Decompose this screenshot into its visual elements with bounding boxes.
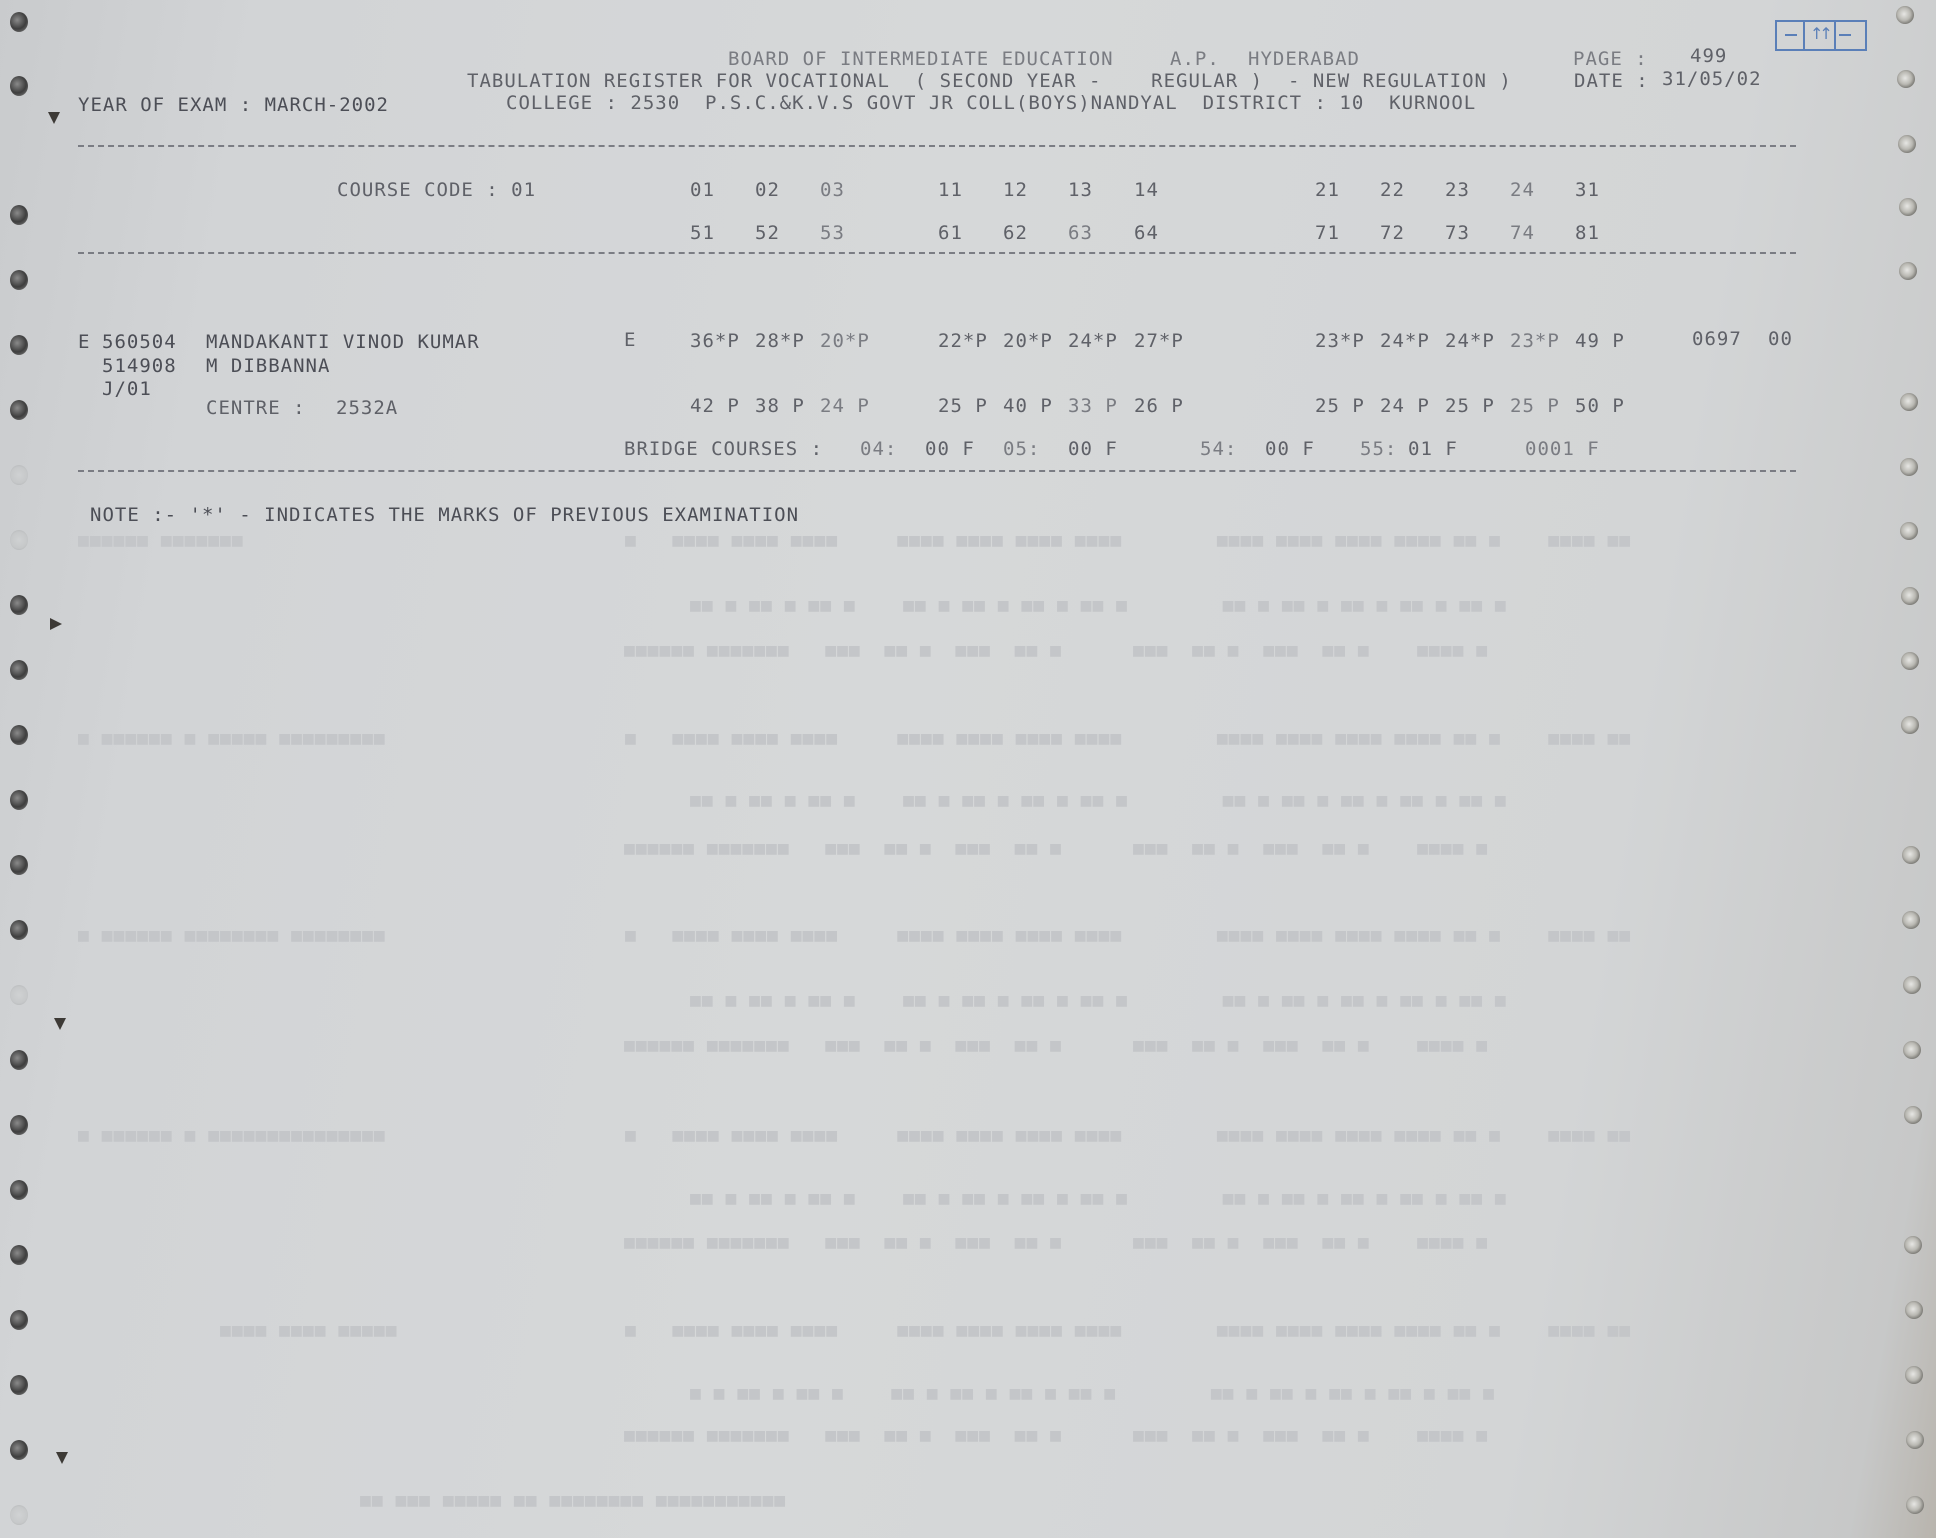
mark-cell: 25 P — [1445, 397, 1495, 416]
sprocket-hole — [1900, 458, 1918, 476]
stamp-divider — [1803, 22, 1805, 49]
bridge-course-code: 04: — [860, 440, 897, 459]
sprocket-hole — [1906, 1496, 1924, 1514]
sprocket-hole — [1901, 652, 1919, 670]
footnote: NOTE :- '*' - INDICATES THE MARKS OF PRE… — [90, 506, 799, 525]
sprocket-hole — [1897, 70, 1915, 88]
sprocket-hole — [1904, 1106, 1922, 1124]
sprocket-hole — [1905, 1366, 1923, 1384]
centre-code: 2532A — [336, 399, 398, 418]
sprocket-hole — [10, 205, 28, 225]
sprocket-hole — [1896, 6, 1914, 24]
candidate-category: E — [78, 333, 90, 352]
sprocket-hole — [10, 12, 28, 32]
sprocket-hole — [10, 1440, 28, 1460]
bridge-course-mark: 01 F — [1408, 440, 1458, 459]
mark-cell: 20*P — [1003, 332, 1053, 351]
student-name: MANDAKANTI VINOD KUMAR — [206, 333, 480, 352]
subject-code: 71 — [1315, 224, 1340, 243]
tabulation-register-page: ↑↑ BOARD OF INTERMEDIATE EDUCATION A.P. … — [0, 0, 1936, 1538]
subject-code: 13 — [1068, 181, 1093, 200]
bridge-course-mark: 00 F — [1068, 440, 1118, 459]
centre-label: CENTRE : — [206, 399, 306, 418]
paper-tear-mark — [56, 1452, 68, 1464]
subject-code: 21 — [1315, 181, 1340, 200]
bridge-courses-total: 0001 F — [1525, 440, 1600, 459]
subject-code: 01 — [690, 181, 715, 200]
board-name: BOARD OF INTERMEDIATE EDUCATION — [728, 50, 1114, 69]
stamp-divider — [1834, 22, 1836, 49]
subject-code: 53 — [820, 224, 845, 243]
sprocket-hole — [1905, 1301, 1923, 1319]
subject-code: 61 — [938, 224, 963, 243]
mark-cell: 24 P — [820, 397, 870, 416]
sprocket-hole — [1899, 262, 1917, 280]
course-code-label: COURSE CODE : 01 — [337, 181, 536, 200]
subject-code: 24 — [1510, 181, 1535, 200]
sprocket-hole — [1902, 846, 1920, 864]
sprocket-hole — [10, 270, 28, 290]
total-marks: 0697 — [1692, 330, 1742, 349]
subject-code: 52 — [755, 224, 780, 243]
sprocket-hole — [10, 1375, 28, 1395]
up-arrows-icon: ↑↑ — [1810, 26, 1829, 42]
page-label: PAGE : — [1573, 50, 1648, 69]
subject-code: 73 — [1445, 224, 1470, 243]
sprocket-hole — [10, 595, 28, 615]
sprocket-hole — [1898, 135, 1916, 153]
state-label: A.P. — [1170, 50, 1220, 69]
sprocket-hole — [10, 1180, 28, 1200]
subject-code: 72 — [1380, 224, 1405, 243]
medium: E — [624, 331, 636, 350]
subject-code: 64 — [1134, 224, 1159, 243]
bridge-course-code: 05: — [1003, 440, 1040, 459]
dashed-separator — [78, 252, 1796, 254]
sprocket-hole — [10, 1245, 28, 1265]
sprocket-hole — [10, 660, 28, 680]
sprocket-hole — [1900, 393, 1918, 411]
subject-code: 22 — [1380, 181, 1405, 200]
mark-cell: 28*P — [755, 332, 805, 351]
mark-cell: 33 P — [1068, 397, 1118, 416]
mark-cell: 25 P — [1510, 397, 1560, 416]
sprocket-hole — [10, 1115, 28, 1135]
paper-tear-mark — [48, 112, 60, 124]
sprocket-hole — [10, 1505, 28, 1525]
sprocket-hole — [10, 76, 28, 96]
registration-number: 514908 — [102, 357, 177, 376]
mark-cell: 24*P — [1445, 332, 1495, 351]
sprocket-hole — [10, 790, 28, 810]
bridge-course-code: 55: — [1360, 440, 1397, 459]
group-code: J/01 — [102, 380, 152, 399]
city-label: HYDERABAD — [1248, 50, 1360, 69]
mark-cell: 49 P — [1575, 332, 1625, 351]
sprocket-hole — [1901, 716, 1919, 734]
sprocket-hole — [1903, 976, 1921, 994]
subject-code: 23 — [1445, 181, 1470, 200]
mark-cell: 50 P — [1575, 397, 1625, 416]
date-label: DATE : — [1574, 72, 1649, 91]
subject-code: 31 — [1575, 181, 1600, 200]
mark-cell: 24*P — [1068, 332, 1118, 351]
father-name: M DIBBANNA — [206, 357, 330, 376]
paper-tear-mark — [54, 1018, 66, 1030]
hall-ticket-number: 560504 — [102, 333, 177, 352]
mark-cell: 23*P — [1510, 332, 1560, 351]
bridge-course-mark: 00 F — [925, 440, 975, 459]
sprocket-hole — [10, 855, 28, 875]
subject-code: 03 — [820, 181, 845, 200]
sprocket-hole — [1903, 1041, 1921, 1059]
mark-cell: 24 P — [1380, 397, 1430, 416]
sprocket-hole — [10, 985, 28, 1005]
mark-cell: 20*P — [820, 332, 870, 351]
mark-cell: 24*P — [1380, 332, 1430, 351]
mark-cell: 23*P — [1315, 332, 1365, 351]
stamp-dash — [1785, 34, 1797, 36]
page-number: 499 — [1690, 47, 1727, 66]
subject-code: 51 — [690, 224, 715, 243]
year-of-exam: YEAR OF EXAM : MARCH-2002 — [78, 96, 389, 115]
bridge-course-code: 54: — [1200, 440, 1237, 459]
subject-code: 63 — [1068, 224, 1093, 243]
sprocket-hole — [10, 335, 28, 355]
sprocket-hole — [10, 920, 28, 940]
college-line: COLLEGE : 2530 P.S.C.&K.V.S GOVT JR COLL… — [506, 94, 1476, 113]
subject-code: 62 — [1003, 224, 1028, 243]
sprocket-hole — [10, 725, 28, 745]
paper-tear-mark — [50, 618, 62, 630]
subject-code: 14 — [1134, 181, 1159, 200]
sprocket-hole — [1904, 1236, 1922, 1254]
sprocket-hole — [10, 1310, 28, 1330]
subject-code: 11 — [938, 181, 963, 200]
subject-code: 12 — [1003, 181, 1028, 200]
mark-cell: 25 P — [938, 397, 988, 416]
result-code: 00 — [1768, 330, 1793, 349]
sprocket-hole — [10, 530, 28, 550]
dashed-separator — [78, 145, 1796, 147]
sprocket-hole — [10, 400, 28, 420]
mark-cell: 40 P — [1003, 397, 1053, 416]
sprocket-hole — [1902, 911, 1920, 929]
bridge-course-mark: 00 F — [1265, 440, 1315, 459]
mark-cell: 36*P — [690, 332, 740, 351]
print-date: 31/05/02 — [1662, 70, 1762, 89]
sprocket-hole — [1901, 587, 1919, 605]
mark-cell: 22*P — [938, 332, 988, 351]
mark-cell: 42 P — [690, 397, 740, 416]
sprocket-hole — [10, 465, 28, 485]
mark-cell: 27*P — [1134, 332, 1184, 351]
mark-cell: 26 P — [1134, 397, 1184, 416]
printer-stamp-logo: ↑↑ — [1775, 20, 1867, 51]
dashed-separator — [78, 470, 1796, 472]
subject-code: 74 — [1510, 224, 1535, 243]
register-title: TABULATION REGISTER FOR VOCATIONAL ( SEC… — [467, 72, 1512, 91]
sprocket-hole — [1900, 522, 1918, 540]
bridge-courses-label: BRIDGE COURSES : — [624, 440, 823, 459]
sprocket-hole — [1906, 1431, 1924, 1449]
stamp-dash — [1839, 34, 1851, 36]
subject-code: 81 — [1575, 224, 1600, 243]
mark-cell: 25 P — [1315, 397, 1365, 416]
mark-cell: 38 P — [755, 397, 805, 416]
sprocket-hole — [10, 1050, 28, 1070]
subject-code: 02 — [755, 181, 780, 200]
sprocket-hole — [1899, 198, 1917, 216]
